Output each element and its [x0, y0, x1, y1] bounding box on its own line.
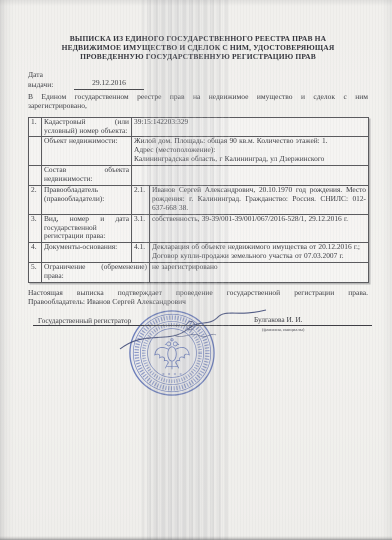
row-label-cell: Документы-основания: — [42, 243, 132, 263]
row-subnumber-cell: 4.1. — [132, 243, 150, 263]
row-number-cell: 2. — [29, 185, 42, 214]
scanned-document-page: ВЫПИСКА ИЗ ЕДИНОГО ГОСУДАРСТВЕННОГО РЕЕС… — [0, 0, 392, 540]
row-value-cell: Иванов Сергей Александрович, 20.10.1970 … — [150, 185, 369, 214]
row-number-cell: 1. — [29, 117, 42, 137]
issue-date-value: 29.12.2016 — [74, 78, 144, 90]
row-subnumber-cell: 2.1. — [132, 185, 150, 214]
rights-table: 1. Кадастровый (или условный) номер объе… — [28, 117, 369, 283]
row-value-cell: не зарегистрировано — [150, 263, 369, 283]
table-row-basis-documents: 4. Документы-основания: 4.1. Декларация … — [29, 243, 369, 263]
table-row-registration-record: 3. Вид, номер и дата государственной рег… — [29, 214, 369, 243]
closing-line: Настоящая выписка подтверждает проведени… — [28, 288, 368, 297]
row-value-cell: собственность, 39-39/001-39/001/067/2016… — [150, 214, 369, 243]
table-row-cadastral-number: 1. Кадастровый (или условный) номер объе… — [29, 117, 369, 137]
table-row-rights-holder: 2. Правообладатель (правообладатели): 2.… — [29, 185, 369, 214]
row-value-cell: Жилой дом. Площадь: общая 90 кв.м. Колич… — [132, 137, 369, 166]
closing-paragraph: Настоящая выписка подтверждает проведени… — [28, 288, 368, 306]
row-value-cell: Декларация об объекте недвижимого имущес… — [150, 243, 369, 263]
row-label-cell: Вид, номер и дата государственной регист… — [42, 214, 132, 243]
row-number-cell: 3. — [29, 214, 42, 243]
registrar-signature — [116, 305, 276, 351]
row-label-cell: Состав объекта недвижимости: — [42, 166, 132, 186]
intro-line: зарегистрировано, — [28, 102, 368, 111]
row-value-cell: 39:15:142203:329 — [132, 117, 369, 137]
row-number-cell — [29, 166, 42, 186]
issue-date-row: Дата выдачи: 29.12.2016 — [28, 70, 368, 91]
row-label-cell: Объект недвижимости: — [42, 137, 132, 166]
row-number-cell: 4. — [29, 243, 42, 263]
row-number-cell: 5. — [29, 263, 42, 283]
row-number-cell — [29, 137, 42, 166]
row-subnumber-cell: 3.1. — [132, 214, 150, 243]
issue-date-label: Дата выдачи: — [28, 70, 53, 89]
table-row-property-object: Объект недвижимости: Жилой дом. Площадь:… — [29, 137, 369, 166]
document-title: ВЫПИСКА ИЗ ЕДИНОГО ГОСУДАРСТВЕННОГО РЕЕС… — [28, 34, 368, 61]
row-label-cell: Ограничение (обременение) права: — [42, 263, 150, 283]
document-content: ВЫПИСКА ИЗ ЕДИНОГО ГОСУДАРСТВЕННОГО РЕЕС… — [28, 0, 368, 496]
row-label-cell: Правообладатель (правообладатели): — [42, 185, 132, 214]
intro-paragraph: В Едином государственном реестре прав на… — [28, 93, 368, 111]
row-label-cell: Кадастровый (или условный) номер объекта… — [42, 117, 132, 137]
table-row-encumbrance: 5. Ограничение (обременение) права: не з… — [29, 263, 369, 283]
row-value-cell — [132, 166, 369, 186]
table-row-object-composition: Состав объекта недвижимости: — [29, 166, 369, 186]
signature-block: Государственный регистратор Булгакова И.… — [28, 308, 368, 496]
